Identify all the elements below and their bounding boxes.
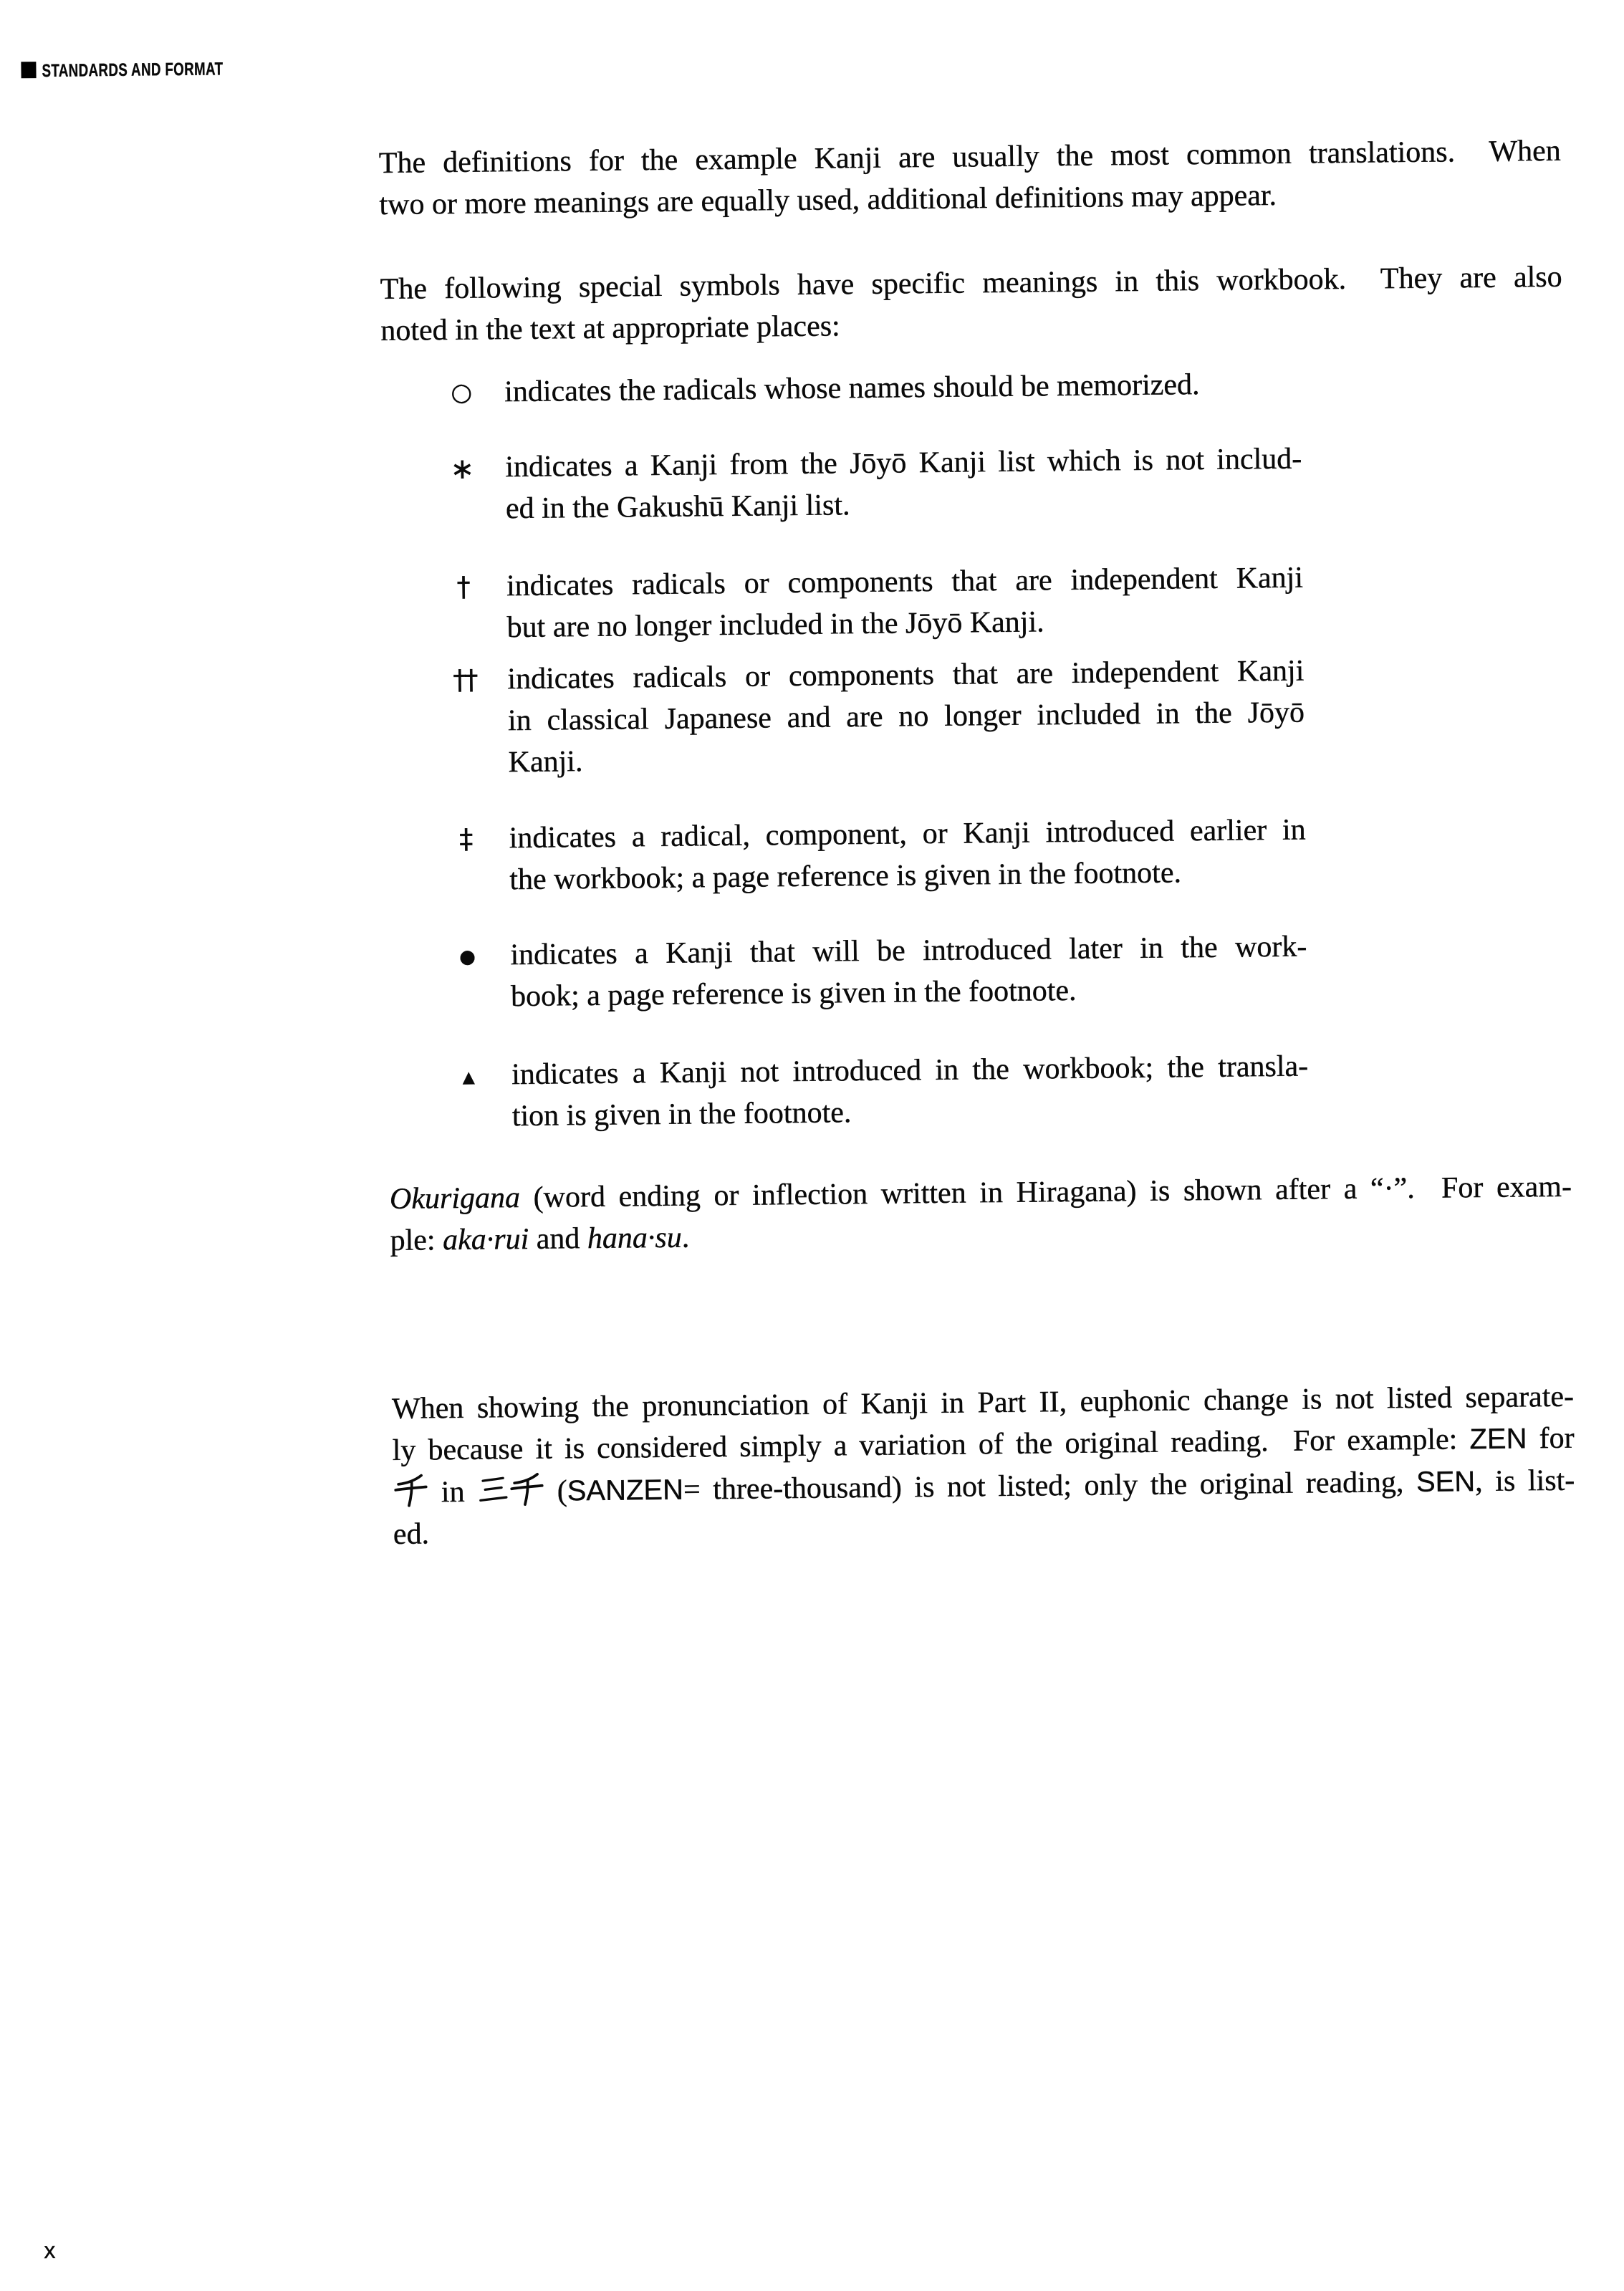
paragraph-definitions: The definitions for the example Kanji ar… bbox=[379, 130, 1562, 226]
list-item-line: but are no longer included in the Jōyō K… bbox=[506, 599, 1304, 649]
paragraph-text: ly because it is considered simply a var… bbox=[392, 1423, 1469, 1467]
list-item-text: indicates a radical, component, or Kanji… bbox=[509, 810, 1306, 901]
page-number: x bbox=[44, 2237, 55, 2264]
list-item-line: indicates radicals or components that ar… bbox=[506, 557, 1304, 607]
triangle-symbol-icon: ▲ bbox=[446, 1057, 492, 1099]
example-word-akarui: aka·rui bbox=[443, 1223, 529, 1257]
section-header: STANDARDS AND FORMAT bbox=[21, 58, 284, 82]
list-item-line: the workbook; a page reference is given … bbox=[509, 851, 1307, 901]
section-header-label: STANDARDS AND FORMAT bbox=[42, 59, 223, 82]
paragraph-text: and bbox=[529, 1222, 587, 1256]
bullet-symbol-icon: ● bbox=[444, 936, 491, 979]
list-item-line: indicates a radical, component, or Kanji… bbox=[509, 810, 1306, 860]
scan-tilt-layer: STANDARDS AND FORMAT The definitions for… bbox=[0, 0, 1624, 2291]
paragraph-text: (word ending or inflection written in Hi… bbox=[520, 1171, 1572, 1214]
kanji-sen-glyph bbox=[509, 1470, 545, 1507]
paragraph-text: for bbox=[1527, 1422, 1575, 1456]
reading-sen: SEN bbox=[1416, 1466, 1476, 1498]
list-item-double-dagger-pair: †† indicates radicals or components that… bbox=[441, 650, 1310, 784]
paragraph-pronunciation: When showing the pronunciation of Kanji … bbox=[392, 1376, 1575, 1555]
scanned-book-page: STANDARDS AND FORMAT The definitions for… bbox=[0, 0, 1624, 2291]
reading-zen: ZEN bbox=[1469, 1423, 1527, 1455]
reading-sanzen: SANZEN bbox=[567, 1474, 684, 1507]
list-item-asterisk: ∗ indicates a Kanji from the Jōyō Kanji … bbox=[439, 438, 1307, 531]
list-item-dagger: † indicates radicals or components that … bbox=[441, 557, 1308, 650]
okurigana-term: Okurigana bbox=[390, 1181, 520, 1216]
kanji-san-glyph bbox=[477, 1472, 509, 1504]
list-item-line: in classical Japanese and are no longer … bbox=[508, 692, 1305, 742]
list-item-line: indicates a Kanji that will be introduce… bbox=[510, 926, 1307, 976]
paragraph-text: ( bbox=[544, 1474, 567, 1507]
paragraph-text: = three-thousand) is not listed; only th… bbox=[683, 1466, 1416, 1507]
list-item-line: indicates the radicals whose names shoul… bbox=[504, 363, 1302, 413]
example-word-hanasu: hana·su bbox=[587, 1221, 682, 1255]
list-item-text: indicates radicals or components that ar… bbox=[507, 650, 1305, 784]
list-item-line: book; a page reference is given in the f… bbox=[511, 968, 1308, 1018]
list-item-text: indicates radicals or components that ar… bbox=[506, 557, 1304, 649]
circle-symbol-icon: ○ bbox=[438, 372, 485, 414]
list-item-text: indicates the radicals whose names shoul… bbox=[504, 363, 1302, 413]
list-item-text: indicates a Kanji not introduced in the … bbox=[511, 1046, 1309, 1138]
paragraph-text: , is list- bbox=[1475, 1464, 1575, 1498]
list-item-bullet: ● indicates a Kanji that will be introdu… bbox=[444, 926, 1312, 1019]
list-item-text: indicates a Kanji that will be introduce… bbox=[510, 926, 1307, 1018]
list-item-line: indicates a Kanji from the Jōyō Kanji li… bbox=[505, 438, 1302, 489]
dagger-symbol-icon: † bbox=[441, 566, 487, 608]
list-item-line: ed in the Gakushū Kanji list. bbox=[506, 480, 1303, 530]
list-item-line: Kanji. bbox=[508, 734, 1305, 784]
list-item-line: indicates a Kanji not introduced in the … bbox=[511, 1046, 1309, 1096]
paragraph-symbols-intro: The following special symbols have speci… bbox=[380, 256, 1562, 352]
double-dagger-pair-symbol-icon: †† bbox=[441, 659, 488, 701]
paragraph-okurigana: Okurigana (word ending or inflection wri… bbox=[390, 1166, 1572, 1262]
list-item-circle: ○ indicates the radicals whose names sho… bbox=[438, 363, 1306, 414]
list-item-diesis: ‡ indicates a radical, component, or Kan… bbox=[443, 810, 1310, 902]
asterisk-symbol-icon: ∗ bbox=[439, 448, 486, 491]
paragraph-text: ple: bbox=[390, 1224, 443, 1257]
kanji-sanzen-glyphs bbox=[477, 1475, 544, 1509]
paragraph-text: . bbox=[682, 1221, 690, 1254]
list-item-line: tion is given in the footnote. bbox=[512, 1087, 1310, 1138]
black-square-marker-icon bbox=[21, 62, 36, 78]
kanji-sen-glyph bbox=[393, 1471, 429, 1507]
diesis-symbol-icon: ‡ bbox=[443, 818, 489, 860]
paragraph-text: in bbox=[428, 1476, 477, 1509]
list-item-text: indicates a Kanji from the Jōyō Kanji li… bbox=[505, 438, 1302, 530]
list-item-triangle: ▲ indicates a Kanji not introduced in th… bbox=[446, 1045, 1313, 1138]
